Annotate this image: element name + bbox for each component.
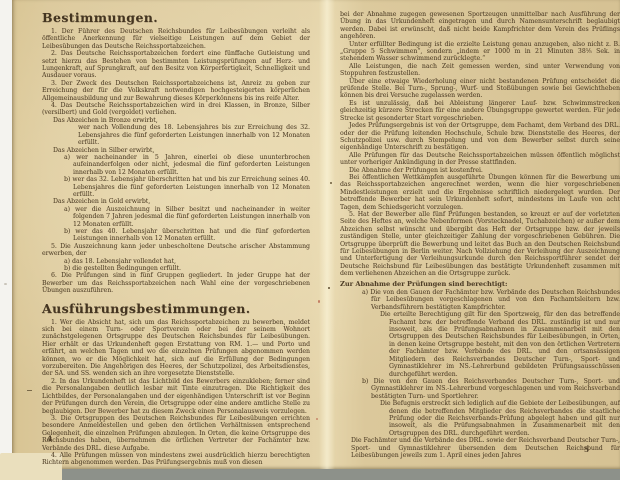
paragraph: 3. Die Ortsgruppen des Deutschen Reichsb… [42, 415, 310, 452]
paragraph: Die erteilte Berechtigung gilt für den S… [380, 311, 620, 378]
paragraph: 2. In das Urkundenheft ist das Lichtbild… [42, 378, 310, 415]
paragraph: wer nach Vollendung des 18. Lebensjahres… [78, 124, 310, 146]
paragraph: b) wer das 40. Lebensjahr überschritten … [64, 228, 310, 243]
paragraph: 1. Wer die Absicht hat, sich um das Reic… [42, 319, 310, 378]
paragraph: 3. Der Zweck des Deutschen Reichssportab… [42, 80, 310, 102]
page-gutter [319, 0, 335, 469]
section-heading: Bestimmungen. [42, 11, 310, 25]
left-page: Bestimmungen.1. Der Führer des Deutschen… [42, 0, 310, 469]
paragraph: 6. Die Prüfungen sind in fünf Gruppen ge… [42, 272, 310, 294]
paragraph: a) wer die Auszeichnung in Silber besitz… [64, 206, 310, 228]
paragraph: a) das 18. Lebensjahr vollendet hat, [64, 258, 310, 265]
paragraph: b) die gestellten Bedingungen erfüllt. [64, 265, 310, 272]
paragraph: 4. Alle Prüfungen müssen von mindestens … [42, 452, 310, 467]
book-scan: Bestimmungen.1. Der Führer des Deutschen… [0, 0, 620, 480]
section-heading: Ausführungsbestimmungen. [42, 302, 310, 316]
paragraph: Unter erfüllter Bedingung ist die erziel… [340, 41, 620, 63]
paragraph: 1. Der Führer des Deutschen Reichsbundes… [42, 28, 310, 50]
scan-speck [328, 287, 330, 289]
pencil-mark [27, 390, 32, 391]
scan-speck [318, 300, 320, 303]
paragraph: Die Befugnis erstreckt sich lediglich au… [380, 400, 620, 437]
paragraph: a) Die von den Gauen der Fachämter bzw. … [362, 289, 620, 311]
paragraph: Zur Abnahme der Prüfungen sind berechtig… [340, 281, 620, 288]
right-page-text: bei der Abnahme zugegen gewesenen Sportz… [340, 0, 620, 459]
paragraph: 4. Das Deutsche Reichssportabzeichen wir… [42, 102, 310, 117]
paragraph: 5. Die Auszeichnung kann jeder unbeschol… [42, 243, 310, 258]
paragraph: Das Abzeichen in Silber erwirbt, [53, 147, 310, 154]
page-number-right: 5 [584, 445, 589, 454]
paragraph: Alle Leistungen, die nach Zeit gemessen … [340, 63, 620, 78]
left-page-text: Bestimmungen.1. Der Führer des Deutschen… [42, 0, 310, 467]
paragraph: a) wer nacheinander in 5 Jahren, einerle… [64, 154, 310, 176]
right-page: bei der Abnahme zugegen gewesenen Sportz… [340, 0, 620, 469]
paragraph: Das Abzeichen in Bronze erwirbt, [53, 117, 310, 124]
paragraph: Die Abnahme der Prüfungen ist kostenfrei… [340, 167, 620, 174]
paragraph: Die Fachämter und die Verbände des DRL. … [351, 437, 620, 459]
paragraph: b) Die von den Gauen des Reichsverbandes… [362, 378, 620, 400]
paragraph: bei der Abnahme zugegen gewesenen Sportz… [340, 11, 620, 41]
scan-speck [316, 418, 318, 420]
page-number-left: 4 [47, 434, 52, 443]
paragraph: Alle Prüfungen für das Deutsche Reichssp… [340, 152, 620, 167]
paragraph: Über eine etwaige Wiederholung einer nic… [340, 78, 620, 100]
scan-speck [4, 283, 7, 285]
paragraph: Jedes Prüfungsergebnis ist von der Ortsg… [340, 122, 620, 152]
paragraph: 2. Das Deutsche Reichssportabzeichen for… [42, 50, 310, 80]
paragraph: Es ist unzulässig, daß bei Ableistung lä… [340, 100, 620, 122]
paragraph: Bei öffentlichen Wettkämpfen ausgeführte… [340, 174, 620, 211]
scan-speck [330, 182, 332, 184]
paragraph: Das Abzeichen in Gold erwirbt, [53, 198, 310, 205]
paragraph: 5. Hat der Bewerber alle fünf Prüfungen … [340, 211, 620, 278]
paragraph: b) wer das 32. Lebensjahr überschritten … [64, 176, 310, 198]
